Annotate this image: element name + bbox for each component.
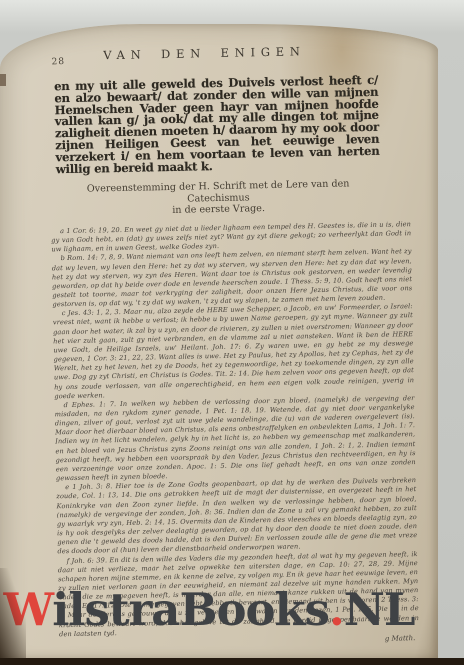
proof-paragraph-b: b Rom. 14: 7, 8, 9. Want niemant van ons… [52, 247, 413, 309]
running-title: VAN DEN ENIGEN [0, 42, 414, 64]
wilstrabooks-watermark: WilstraBooks.NL [0, 583, 418, 636]
book-page: 28 VAN DEN ENIGEN en my uit alle geweld … [0, 24, 438, 658]
proof-paragraph-c: c Jes. 43: 1, 2, 3. Maar nu, alzo zeyde … [53, 302, 415, 401]
section-heading: Overeenstemming der H. Schrift met de Le… [60, 178, 377, 219]
scripture-proofs: a 1 Cor. 6: 19, 20. En weet gy niet dat … [51, 220, 419, 639]
book-bottom-edge [0, 658, 464, 665]
proof-paragraph-e: e 1 Joh. 3: 8. Hier toe is de Zone Godts… [56, 476, 417, 556]
watermark-text-nl: NL [344, 583, 415, 636]
watermark-dot: . [329, 583, 344, 636]
photo-background: 28 VAN DEN ENIGEN en my uit alle geweld … [0, 0, 464, 665]
printed-content: 28 VAN DEN ENIGEN en my uit alle geweld … [0, 20, 446, 663]
catechism-answer-text: en my uit alle geweld des Duivels verlos… [54, 75, 380, 176]
bottom-left-shadow [0, 568, 26, 658]
proof-paragraph-d: d Ephes. 1: 7. In welken wy hebben de ve… [54, 394, 416, 484]
watermark-text-mid: ilstraBooks [52, 583, 329, 636]
